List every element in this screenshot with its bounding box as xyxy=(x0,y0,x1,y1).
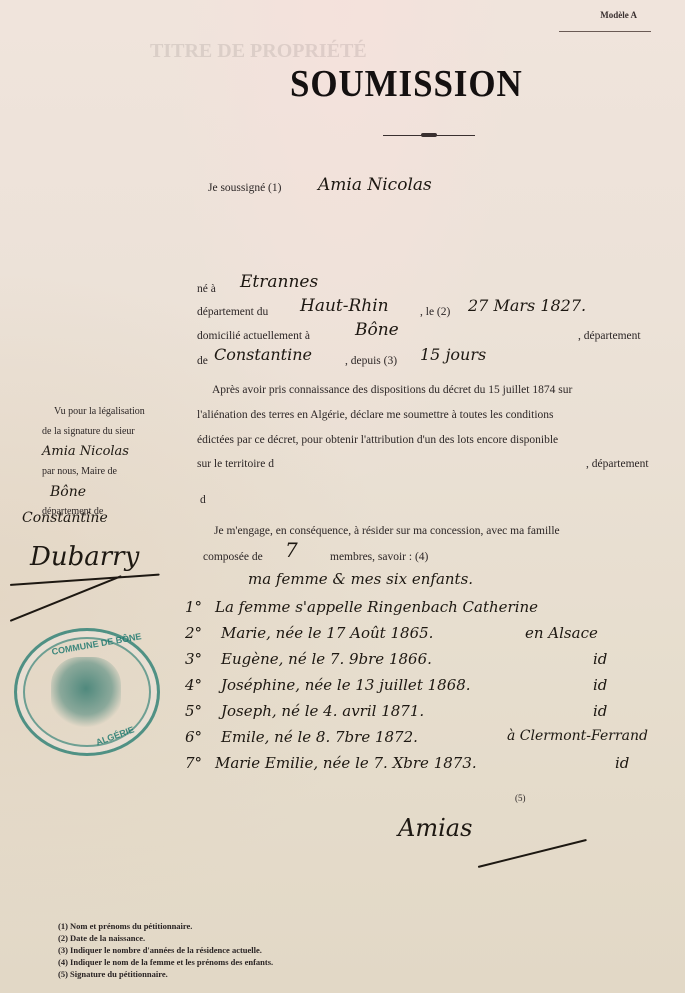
family-intro: ma femme & mes six enfants. xyxy=(248,570,473,588)
footnote-2: (2) Date de la naissance. xyxy=(58,932,273,944)
title-ornament-rule xyxy=(383,135,475,136)
domicilie-label: domicilié actuellement à xyxy=(197,330,310,342)
ne-a-label: né à xyxy=(197,283,216,295)
residence-departement-field: Constantine xyxy=(214,345,312,364)
departement-label-2: , département xyxy=(578,330,641,342)
footnote-1: (1) Nom et prénoms du pétitionnaire. xyxy=(58,920,273,932)
list-item: 6° Emile, né le 8. 7bre 1872. à Clermont… xyxy=(185,728,685,754)
mayor-signature: Dubarry xyxy=(30,542,139,572)
birth-departement-field: Haut-Rhin xyxy=(300,296,389,316)
decree-line-2: l'aliénation des terres en Algérie, décl… xyxy=(197,403,667,428)
birthplace-field: Etrannes xyxy=(240,272,318,292)
residence-field: Bône xyxy=(355,320,399,340)
legalisation-line-2: de la signature du sieur xyxy=(42,422,202,442)
le-label: , le (2) xyxy=(420,306,450,318)
stamp-top-text: COMMUNE DE BÔNE xyxy=(51,631,142,657)
composee-label: composée de xyxy=(203,551,263,563)
petitioner-name-field: Amia Nicolas xyxy=(318,175,432,195)
page-title: SOUMISSION xyxy=(290,62,523,106)
family-list: 1° La femme s'appelle Ringenbach Catheri… xyxy=(185,598,685,780)
footnotes: (1) Nom et prénoms du pétitionnaire. (2)… xyxy=(58,920,273,980)
legalisation-line-3: par nous, Maire de xyxy=(42,462,202,482)
legalisation-maire-of: Bône xyxy=(42,482,202,502)
bleed-through-header: TITRE DE PROPRIÉTÉ xyxy=(150,40,367,63)
je-soussigne-label: Je soussigné (1) xyxy=(208,182,281,194)
de-label: de xyxy=(197,355,208,367)
legalisation-line-1: Vu pour la légalisation xyxy=(42,402,202,422)
footnote-marker-5: (5) xyxy=(515,793,526,803)
signature-flourish xyxy=(478,839,587,868)
footnote-5: (5) Signature du pétitionnaire. xyxy=(58,968,273,980)
legalisation-block: Vu pour la légalisation de la signature … xyxy=(42,402,202,522)
list-item: 1° La femme s'appelle Ringenbach Catheri… xyxy=(185,598,685,624)
model-label-rule xyxy=(559,31,651,32)
legalisation-name: Amia Nicolas xyxy=(42,442,202,462)
seal-emblem-icon xyxy=(51,657,121,727)
residence-duration-field: 15 jours xyxy=(420,345,486,364)
territoire-departement-label: , département xyxy=(586,458,649,470)
depuis-label: , depuis (3) xyxy=(345,355,397,367)
document-page: Modèle A TITRE DE PROPRIÉTÉ SOUMISSION J… xyxy=(0,0,685,993)
list-item: 2° Marie, née le 17 Août 1865. en Alsace xyxy=(185,624,685,650)
decree-line-3: édictées par ce décret, pour obtenir l'a… xyxy=(197,428,667,453)
footnote-4: (4) Indiquer le nom de la femme et les p… xyxy=(58,956,273,968)
commune-seal-stamp: COMMUNE DE BÔNE ALGÉRIE xyxy=(14,628,160,756)
engagement-paragraph: Je m'engage, en conséquence, à résider s… xyxy=(214,525,560,537)
model-label: Modèle A xyxy=(600,10,637,20)
petitioner-signature: Amias xyxy=(398,814,472,842)
decree-line-1: Après avoir pris connaissance des dispos… xyxy=(212,378,672,403)
membres-label: membres, savoir : (4) xyxy=(330,551,428,563)
list-item: 4° Joséphine, née le 13 juillet 1868. id xyxy=(185,676,685,702)
legalisation-departement: Constantine xyxy=(22,510,108,526)
decree-paragraph-cont: l'aliénation des terres en Algérie, décl… xyxy=(197,403,667,453)
birth-date-field: 27 Mars 1827. xyxy=(468,296,586,315)
departement-label: département du xyxy=(197,306,268,318)
list-item: 5° Joseph, né le 4. avril 1871. id xyxy=(185,702,685,728)
mayor-signature-flourish xyxy=(10,574,160,586)
territoire-label: sur le territoire d xyxy=(197,458,274,470)
list-item: 3° Eugène, né le 7. 9bre 1866. id xyxy=(185,650,685,676)
decree-paragraph: Après avoir pris connaissance des dispos… xyxy=(212,378,672,403)
footnote-3: (3) Indiquer le nombre d'années de la ré… xyxy=(58,944,273,956)
family-size-field: 7 xyxy=(285,538,298,562)
list-item: 7° Marie Emilie, née le 7. Xbre 1873. id xyxy=(185,754,685,780)
stamp-bottom-text: ALGÉRIE xyxy=(94,724,135,747)
